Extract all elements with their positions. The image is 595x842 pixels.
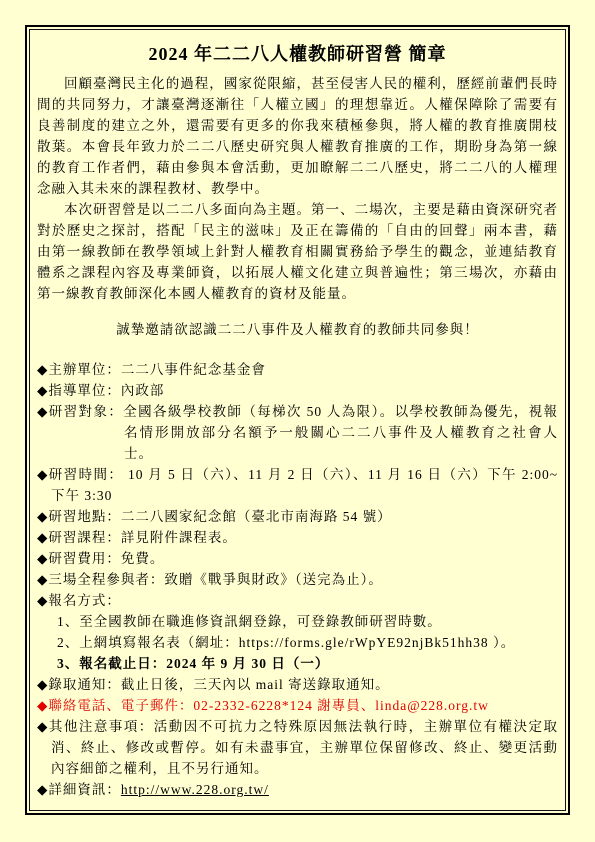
contact-item: ◆聯絡電話、電子郵件：02-2332-6228*124 謝專員、linda@22… xyxy=(37,695,558,716)
detail-info-label: ◆詳細資訊： xyxy=(37,782,121,797)
gift-item: ◆三場全程參與者：致贈《戰爭與財政》（送完為止）。 xyxy=(37,569,558,590)
invitation-line: 誠摯邀請欲認識二二八事件及人權教育的教師共同參與！ xyxy=(37,319,558,340)
notes-item: ◆其他注意事項：活動因不可抗力之特殊原因無法執行時，主辦單位有權決定取消、終止、… xyxy=(37,716,558,779)
signup-step-1: 1、至全國教師在職進修資訊網登錄，可登錄教師研習時數。 xyxy=(57,611,558,632)
curriculum-item: ◆研習課程：詳見附件課程表。 xyxy=(37,527,558,548)
info-items: ◆主辦單位：二二八事件紀念基金會 ◆指導單位：內政部 ◆研習對象：全國各級學校教… xyxy=(37,359,558,800)
admission-item: ◆錄取通知：截止日後，三天內以 mail 寄送錄取通知。 xyxy=(37,674,558,695)
audience-item: ◆研習對象：全國各級學校教師（每梯次 50 人為限）。以學校教師為優先，視報名情… xyxy=(37,401,558,464)
signup-deadline: 3、報名截止日：2024 年 9 月 30 日（一） xyxy=(57,653,558,674)
signup-step-2: 2、上網填寫報名表（網址：https://forms.gle/rWpYE92nj… xyxy=(57,632,558,653)
document-title: 2024 年二二八人權教師研習營 簡章 xyxy=(37,42,558,66)
detail-info-item: ◆詳細資訊：http://www.228.org.tw/ xyxy=(37,779,558,800)
signup-header-item: ◆報名方式： xyxy=(37,590,558,611)
intro-paragraph-1: 回顧臺灣民主化的過程，國家從限縮，甚至侵害人民的權利，歷經前輩們長時間的共同努力… xyxy=(37,73,558,199)
signup-step-2-suffix: ）。 xyxy=(489,635,516,650)
advisor-item: ◆指導單位：內政部 xyxy=(37,380,558,401)
signup-step-2-text: 2、上網填寫報名表（網址： xyxy=(57,635,239,650)
organizer-item: ◆主辦單位：二二八事件紀念基金會 xyxy=(37,359,558,380)
document-page: { "doc": { "colors": { "page_background"… xyxy=(0,0,595,842)
website-link[interactable]: http://www.228.org.tw/ xyxy=(121,782,269,797)
document-body: 2024 年二二八人權教師研習營 簡章 回顧臺灣民主化的過程，國家從限縮，甚至侵… xyxy=(29,29,566,811)
schedule-item: ◆研習時間： 10 月 5 日（六）、11 月 2 日（六）、11 月 16 日… xyxy=(37,464,558,506)
intro-paragraph-2: 本次研習營是以二二八多面向為主題。第一、二場次，主要是藉由資深研究者對於歷史之探… xyxy=(37,199,558,304)
location-item: ◆研習地點：二二八國家紀念館（臺北市南海路 54 號） xyxy=(37,506,558,527)
signup-form-url: https://forms.gle/rWpYE92njBk51hh38 xyxy=(239,635,489,650)
document-frame: 2024 年二二八人權教師研習營 簡章 回顧臺灣民主化的過程，國家從限縮，甚至侵… xyxy=(25,25,570,815)
fee-item: ◆研習費用：免費。 xyxy=(37,548,558,569)
